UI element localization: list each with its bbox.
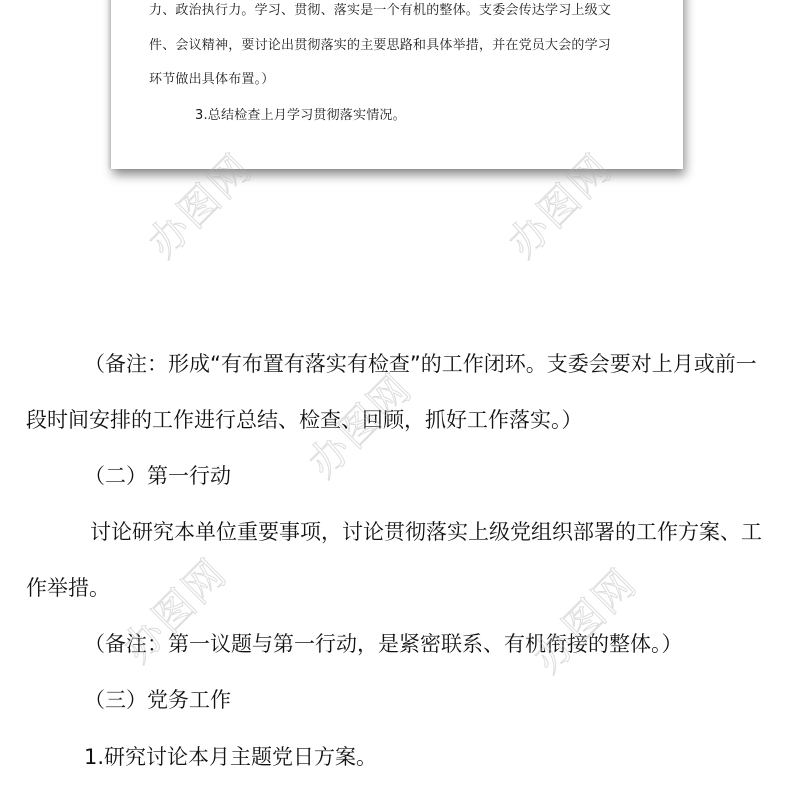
note-paragraph: （备注：第一议题与第一行动，是紧密联系、有机衔接的整体。） <box>84 631 683 657</box>
card-text-line: 环节做出具体布置。） <box>149 72 275 88</box>
card-text-line: 件、会议精神，要讨论出贯彻落实的主要思路和具体举措，并在党员大会的学习 <box>149 38 611 54</box>
card-text-line: 力、政治执行力。学习、贯彻、落实是一个有机的整体。支委会传达学习上级文 <box>149 3 611 19</box>
section-heading: （三）党务工作 <box>84 687 231 713</box>
body-paragraph-line: 讨论研究本单位重要事项，讨论贯彻落实上级党组织部署的工作方案、工 <box>90 519 762 545</box>
card-list-item: 3.总结检查上月学习贯彻落实情况。 <box>195 108 406 124</box>
section-heading: （二）第一行动 <box>84 463 231 489</box>
list-item: 1.研究讨论本月主题党日方案。 <box>84 744 377 770</box>
body-paragraph-line: 作举措。 <box>26 575 110 601</box>
note-paragraph-line: （备注：形成“有布置有落实有检查”的工作闭环。支委会要对上月或前一 <box>84 351 757 377</box>
document-page-card: 力、政治执行力。学习、贯彻、落实是一个有机的整体。支委会传达学习上级文 件、会议… <box>111 0 683 169</box>
note-paragraph-line: 段时间安排的工作进行总结、检查、回顾，抓好工作落实。） <box>26 407 583 433</box>
watermark: 办图网 <box>518 554 647 683</box>
